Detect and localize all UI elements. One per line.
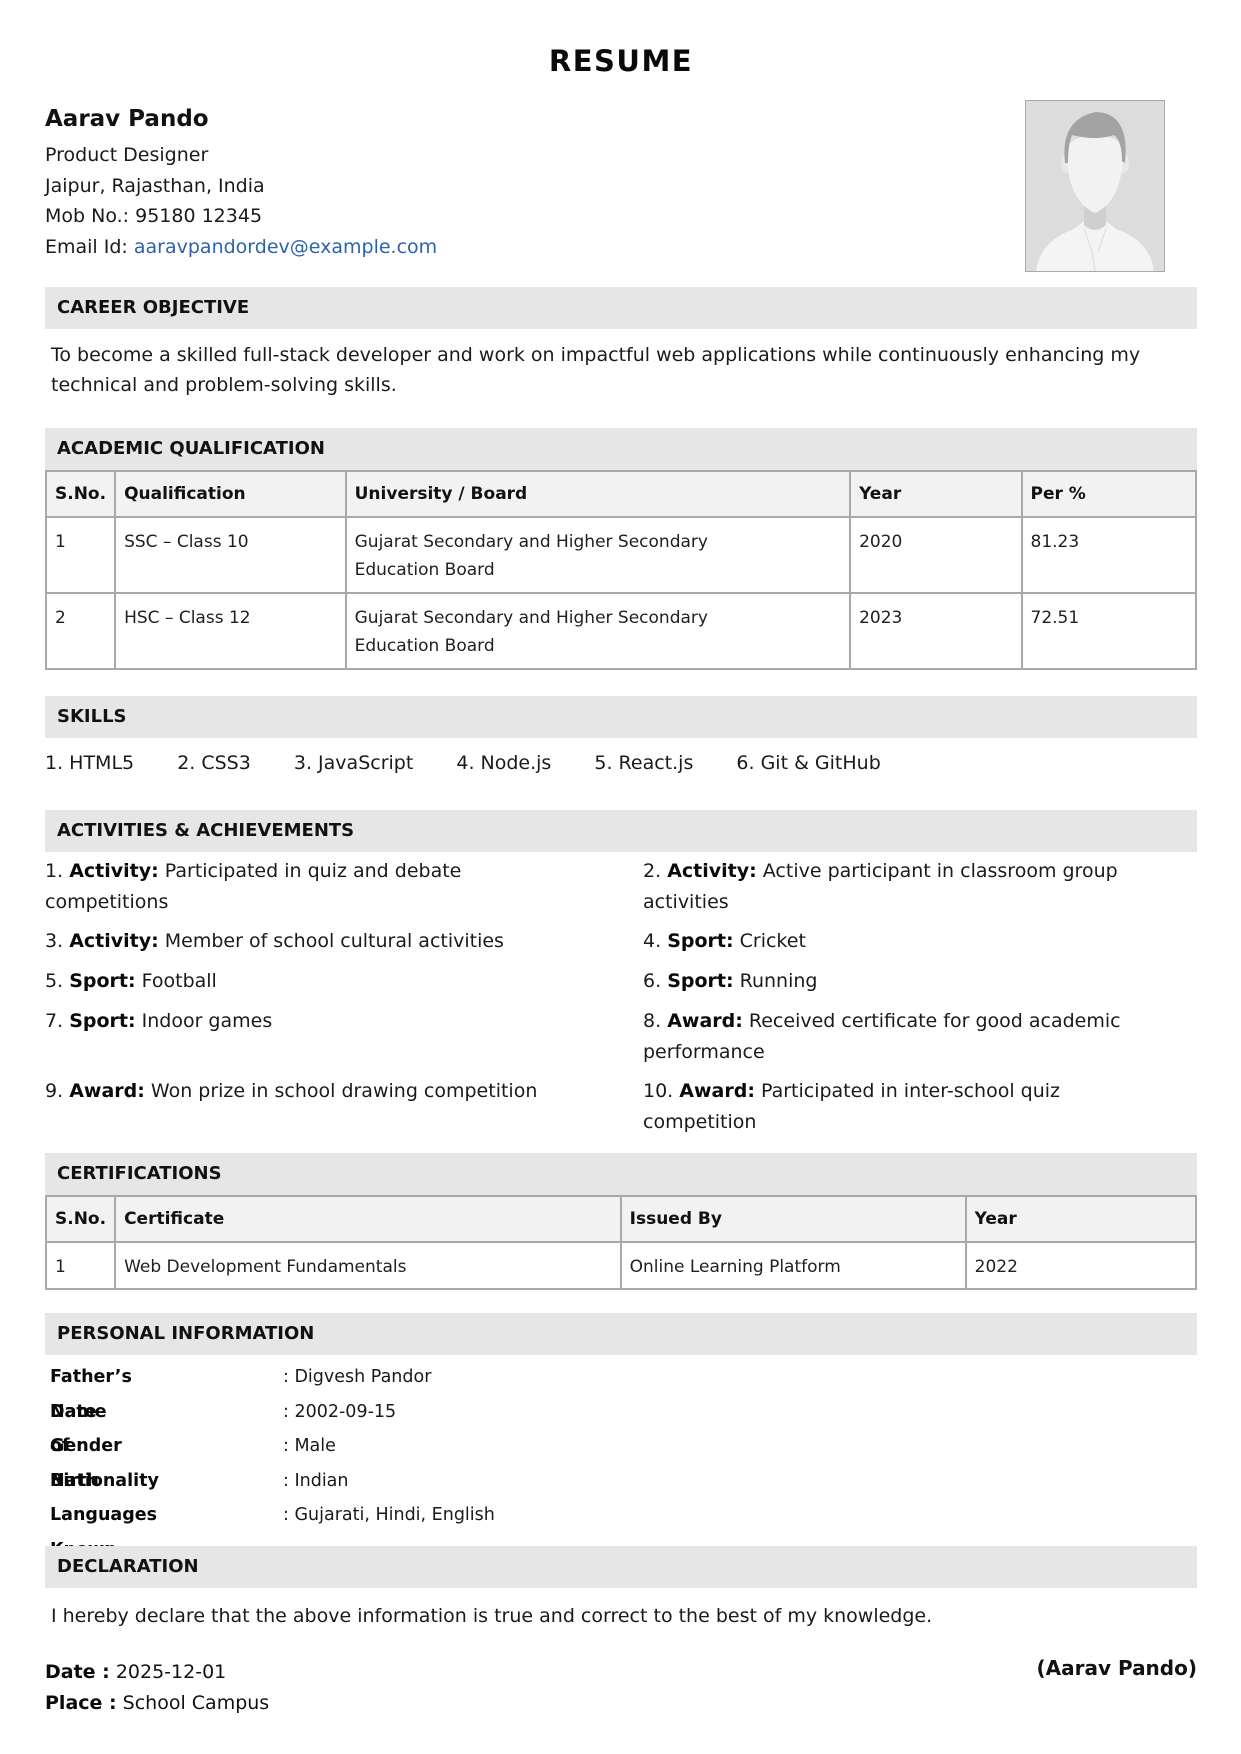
contact-header: Aarav Pando Product Designer Jaipur, Raj… — [45, 104, 437, 262]
col-sno: S.No. — [46, 1196, 115, 1242]
date-value: 2025-12-01 — [116, 1661, 226, 1683]
cell-percent: 81.23 — [1022, 517, 1196, 593]
item-type: Sport: — [69, 970, 135, 992]
cell-sno: 1 — [46, 517, 115, 593]
cell-university: Gujarat Secondary and Higher Secondary E… — [346, 593, 850, 669]
item-type: Activity: — [69, 930, 159, 952]
cell-issued-by: Online Learning Platform — [621, 1242, 966, 1289]
col-issued-by: Issued By — [621, 1196, 966, 1242]
col-percent: Per % — [1022, 471, 1196, 517]
academic-header-row: S.No. Qualification University / Board Y… — [46, 471, 1196, 517]
place-value: School Campus — [123, 1692, 270, 1714]
item-type: Sport: — [667, 930, 733, 952]
cell-certificate: Web Development Fundamentals — [115, 1242, 621, 1289]
activity-item: 5. Sport: Football — [45, 966, 605, 997]
candidate-name: Aarav Pando — [45, 104, 437, 134]
declaration-text: I hereby declare that the above informat… — [51, 1601, 1191, 1631]
item-type: Award: — [69, 1080, 145, 1102]
col-university: University / Board — [346, 471, 850, 517]
col-sno: S.No. — [46, 471, 115, 517]
item-number: 4. — [643, 930, 661, 952]
cell-university: Gujarat Secondary and Higher Secondary E… — [346, 517, 850, 593]
skill-item: 6. Git & GitHub — [736, 752, 880, 774]
skill-item: 3. JavaScript — [294, 752, 413, 774]
designation: Product Designer — [45, 140, 437, 171]
item-number: 7. — [45, 1010, 63, 1032]
item-number: 6. — [643, 970, 661, 992]
mobile-label: Mob No.: — [45, 205, 129, 227]
item-type: Award: — [667, 1010, 743, 1032]
activity-item: 2. Activity: Active participant in class… — [643, 856, 1163, 917]
activity-item: 3. Activity: Member of school cultural a… — [45, 926, 605, 957]
skill-item: 4. Node.js — [456, 752, 551, 774]
skill-item: 2. CSS3 — [177, 752, 251, 774]
item-type: Activity: — [69, 860, 159, 882]
profile-placeholder-icon — [1026, 101, 1164, 271]
col-year: Year — [850, 471, 1021, 517]
item-type: Sport: — [69, 1010, 135, 1032]
skills-list: 1. HTML5 2. CSS3 3. JavaScript 4. Node.j… — [45, 752, 918, 774]
mobile-line: Mob No.: 95180 12345 — [45, 201, 437, 232]
item-text: Won prize in school drawing competition — [151, 1080, 537, 1102]
item-number: 5. — [45, 970, 63, 992]
place-label: Place : — [45, 1692, 117, 1714]
info-value: : 2002-09-15 — [283, 1395, 396, 1430]
cell-year: 2023 — [850, 593, 1021, 669]
cell-qualification: HSC – Class 12 — [115, 593, 346, 669]
item-type: Award: — [679, 1080, 755, 1102]
item-text: Member of school cultural activities — [165, 930, 504, 952]
section-skills: SKILLS — [45, 696, 1197, 738]
info-value: : Gujarati, Hindi, English — [283, 1498, 495, 1533]
table-row: 1 SSC – Class 10 Gujarat Secondary and H… — [46, 517, 1196, 593]
item-number: 2. — [643, 860, 661, 882]
activity-item: 1. Activity: Participated in quiz and de… — [45, 856, 565, 917]
cell-year: 2022 — [966, 1242, 1196, 1289]
location: Jaipur, Rajasthan, India — [45, 171, 437, 202]
info-label: Nationality — [50, 1464, 159, 1499]
email-link[interactable]: aaravpandordev@example.com — [134, 236, 437, 258]
activity-item: 10. Award: Participated in inter-school … — [643, 1076, 1143, 1137]
item-number: 8. — [643, 1010, 661, 1032]
info-value: : Male — [283, 1429, 336, 1464]
info-value: : Indian — [283, 1464, 349, 1499]
item-text: Football — [142, 970, 217, 992]
info-label: Gender — [50, 1429, 122, 1464]
col-year: Year — [966, 1196, 1196, 1242]
activity-item: 6. Sport: Running — [643, 966, 1183, 997]
document-title: RESUME — [45, 44, 1197, 78]
profile-photo — [1025, 100, 1165, 272]
col-qualification: Qualification — [115, 471, 346, 517]
email-label: Email Id: — [45, 236, 128, 258]
cell-sno: 1 — [46, 1242, 115, 1289]
activity-item: 4. Sport: Cricket — [643, 926, 1183, 957]
section-career-objective: CAREER OBJECTIVE — [45, 287, 1197, 329]
place-line: Place : School Campus — [45, 1688, 269, 1718]
career-objective-text: To become a skilled full-stack developer… — [51, 340, 1191, 400]
cell-qualification: SSC – Class 10 — [115, 517, 346, 593]
section-personal-information: PERSONAL INFORMATION — [45, 1313, 1197, 1355]
academic-table: S.No. Qualification University / Board Y… — [45, 470, 1197, 670]
activity-item: 7. Sport: Indoor games — [45, 1006, 605, 1037]
signature: (Aarav Pando) — [1036, 1656, 1197, 1680]
section-activities: ACTIVITIES & ACHIEVEMENTS — [45, 810, 1197, 852]
item-type: Sport: — [667, 970, 733, 992]
info-value: : Digvesh Pandor — [283, 1360, 431, 1395]
certifications-table: S.No. Certificate Issued By Year 1 Web D… — [45, 1195, 1197, 1290]
section-certifications: CERTIFICATIONS — [45, 1153, 1197, 1195]
mobile-number: 95180 12345 — [135, 205, 262, 227]
table-row: 2 HSC – Class 12 Gujarat Secondary and H… — [46, 593, 1196, 669]
item-number: 3. — [45, 930, 63, 952]
item-text: Running — [740, 970, 818, 992]
section-declaration: DECLARATION — [45, 1546, 1197, 1588]
item-type: Activity: — [667, 860, 757, 882]
section-academic-qualification: ACADEMIC QUALIFICATION — [45, 428, 1197, 470]
skill-item: 1. HTML5 — [45, 752, 134, 774]
certifications-header-row: S.No. Certificate Issued By Year — [46, 1196, 1196, 1242]
activity-item: 8. Award: Received certificate for good … — [643, 1006, 1163, 1067]
item-number: 10. — [643, 1080, 673, 1102]
item-number: 1. — [45, 860, 63, 882]
date-line: Date : 2025-12-01 — [45, 1657, 226, 1687]
activity-item: 9. Award: Won prize in school drawing co… — [45, 1076, 635, 1107]
cell-year: 2020 — [850, 517, 1021, 593]
cell-sno: 2 — [46, 593, 115, 669]
table-row: 1 Web Development Fundamentals Online Le… — [46, 1242, 1196, 1289]
col-certificate: Certificate — [115, 1196, 621, 1242]
email-line: Email Id: aaravpandordev@example.com — [45, 232, 437, 263]
cell-percent: 72.51 — [1022, 593, 1196, 669]
item-number: 9. — [45, 1080, 63, 1102]
item-text: Cricket — [740, 930, 806, 952]
item-text: Indoor games — [142, 1010, 273, 1032]
date-label: Date : — [45, 1661, 110, 1683]
skill-item: 5. React.js — [594, 752, 693, 774]
